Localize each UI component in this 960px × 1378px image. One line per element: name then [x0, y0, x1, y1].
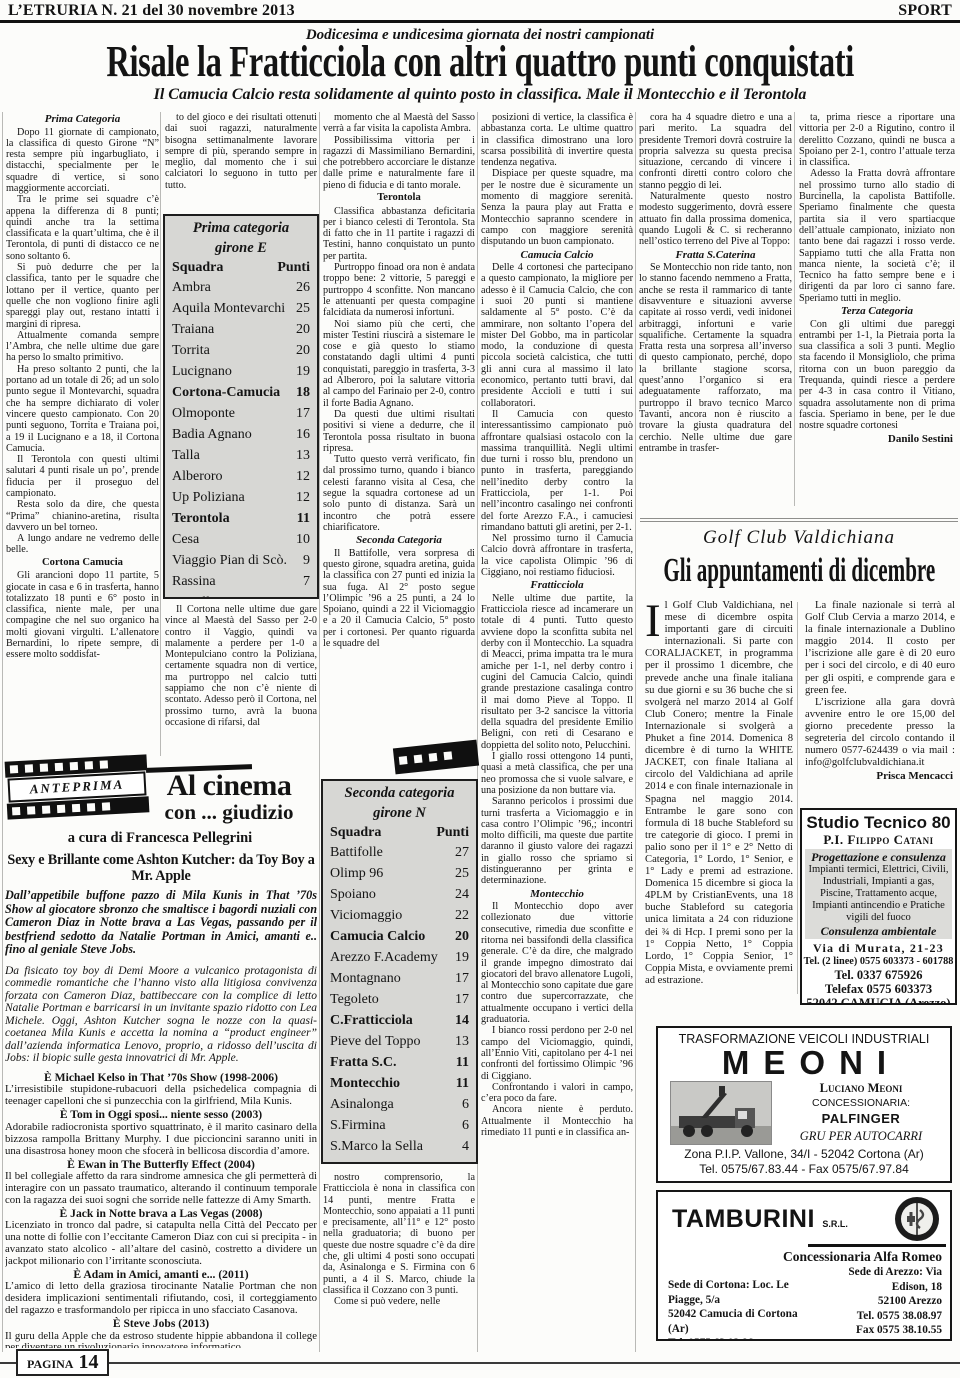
studio-ad-tel2: Tel. 0337 675926 — [802, 968, 955, 982]
team-name: Badia Agnano — [172, 424, 252, 445]
paragraph: Possibilissima vittoria per i ragazzi di… — [323, 135, 475, 191]
team-points: 19 — [455, 947, 469, 968]
meoni-owner: Luciano Meoni — [780, 1081, 942, 1096]
team-points: 26 — [296, 277, 310, 298]
article-column-4: posizioni di vertice, la classifica è ab… — [481, 112, 633, 1350]
team-points: 22 — [455, 905, 469, 926]
section-heading: Il bel collegiale affetto da rara sindro… — [5, 1171, 317, 1207]
paragraph: Noi siamo più che certi, che mister Test… — [323, 319, 475, 409]
team-name: Olimp 96 — [330, 863, 383, 884]
page-number: 14 — [78, 1352, 98, 1372]
golf-column-separator — [797, 602, 798, 994]
team-name: Ambra — [172, 277, 211, 298]
golf-column-right: La finale nazionale si terrà al Golf Clu… — [805, 600, 955, 800]
paragraph: Resta solo da dire, che questa “Prima” c… — [6, 499, 159, 533]
studio-ad-tel1: Tel. (2 linee) 0575 603373 - 601788 — [802, 955, 955, 968]
team-name: Spoiano — [330, 884, 376, 905]
paragraph: Dopo 11 giornate di campionato, la class… — [6, 127, 159, 195]
paragraph: Delle 4 cortonesi che partecipano a ques… — [481, 262, 633, 409]
paragraph: Naturalmente questo nostro modesto sugge… — [639, 191, 792, 247]
paragraph: I giallo rossi ottengono 14 punti, quasi… — [481, 751, 633, 796]
cinema-byline: a cura di Francesca Pellegrini — [0, 830, 320, 847]
team-name: Camucia Calcio — [330, 926, 425, 947]
column-separator — [794, 112, 795, 506]
standings-row: Traiana20 — [172, 319, 310, 340]
team-points: 12 — [296, 487, 310, 508]
team-points: 19 — [296, 361, 310, 382]
section-heading: È Michael Kelso in That ’70s Show (1998-… — [5, 1071, 317, 1085]
standings-row: Cozzano3 — [330, 1157, 469, 1164]
meoni-logo: MEONI — [658, 1046, 950, 1079]
text-line: Fax 0575 38.10.55 — [817, 1323, 942, 1338]
team-name: Talla — [172, 445, 200, 466]
standings-row: Badia Agnano16 — [172, 424, 310, 445]
team-name: Montagnano — [330, 968, 401, 989]
standings-row: Lucignano19 — [172, 361, 310, 382]
standings-row: S.Firmina6 — [330, 1115, 469, 1136]
paragraph: Gli arancioni dopo 11 partite, 5 giocate… — [6, 570, 159, 660]
deck: Il Camucia Calcio resta solidamente al q… — [0, 86, 960, 104]
team-points: 13 — [455, 1031, 469, 1052]
section-heading: È Ewan in The Butterfly Effect (2004) — [5, 1158, 317, 1172]
paragraph: A lungo andare ne vedremo delle belle. — [6, 533, 159, 556]
team-points: 7 — [303, 571, 310, 592]
team-name: Terontola — [172, 508, 230, 529]
cinema-body: Sexy e Brillante come Ashton Kutcher: da… — [5, 850, 317, 1348]
standings-row: Battifolle27 — [330, 842, 469, 863]
standings-row: Tegoleto17 — [330, 989, 469, 1010]
text-line: Tel. 0575 38.08.97 — [817, 1309, 942, 1324]
standings-row: Cortona-Camucia18 — [172, 382, 310, 403]
paragraph: La finale nazionale si terrà al Golf Clu… — [805, 600, 955, 697]
standings-row: S.Marco la Sella4 — [330, 1136, 469, 1157]
team-points: 20 — [296, 319, 310, 340]
column-header-squadra: Squadra — [330, 823, 381, 842]
signature: Danilo Sestini — [799, 432, 955, 445]
studio-tecnico-ad: Studio Tecnico 80 P.I. Filippo Catani Pr… — [800, 808, 957, 1005]
team-name: Viaggio Pian di Scò. — [172, 550, 287, 571]
golf-kicker: Golf Club Valdichiana — [640, 527, 958, 549]
team-points: 18 — [296, 382, 310, 403]
team-points: 12 — [296, 466, 310, 487]
golf-section-rule — [640, 521, 958, 522]
cinema-title-line2: con ... giudizio — [138, 801, 320, 824]
table-title: Prima categoria girone E — [172, 218, 310, 258]
standings-row: Ambra26 — [172, 277, 310, 298]
section-heading: Il Golf Club Valdichiana, nel mese di di… — [645, 600, 793, 987]
paragraph: Il Terontola con questi ultimi salutari … — [6, 454, 159, 499]
tamburini-dealer: Concessionaria Alfa Romeo — [658, 1249, 950, 1265]
paragraph: Il Battifolle, vera sorpresa di questo g… — [323, 548, 475, 650]
team-points: 27 — [455, 842, 469, 863]
paragraph: Tra le prime sei squadre c’è appena la d… — [6, 194, 159, 262]
column-header-squadra: Squadra — [172, 258, 223, 277]
team-name: Montecchio — [330, 1073, 400, 1094]
standings-table-prima-categoria: Prima categoria girone E Squadra Punti A… — [163, 214, 319, 599]
paragraph: posizioni di vertice, la classifica è ab… — [481, 112, 633, 168]
meoni-concess-brand: PALFINGER — [822, 1111, 901, 1126]
paragraph: to del gioco e dei risultati ottenuti da… — [165, 112, 317, 191]
section-heading: È Adam in Amici, amanti e... (2011) — [5, 1268, 317, 1282]
team-name: Arezzo F.Academy — [330, 947, 438, 968]
tamburini-cortona-address: Sede di Cortona: Loc. Le Piagge, 5/a5204… — [668, 1278, 817, 1341]
team-points: 17 — [455, 989, 469, 1010]
masthead-issue: L’ETRURIA N. 21 del 30 novembre 2013 — [8, 2, 295, 20]
team-name: Rassina — [172, 571, 216, 592]
team-points: 14 — [455, 1010, 469, 1031]
standings-row: Viciomaggio22 — [330, 905, 469, 926]
cinema-title-line1: Al cinema — [138, 770, 320, 801]
standings-row: Talla13 — [172, 445, 310, 466]
team-name: Fratta S.C. — [330, 1052, 397, 1073]
section-heading: È Jack in Notte brava a Las Vegas (2008) — [5, 1207, 317, 1221]
section-heading: L’irresistibile stupidone-rubacuori dell… — [5, 1084, 317, 1108]
paragraph: Nelle ultime due partite, la Fratticciol… — [481, 593, 633, 751]
paragraph: Da questi due ultimi risultati positivi … — [323, 409, 475, 454]
text-line: 52100 Arezzo — [817, 1294, 942, 1309]
cinema-title: Al cinema con ... giudizio — [138, 770, 320, 824]
standings-row: Olmoponte17 — [172, 403, 310, 424]
paragraph: I bianco rossi perdono per 2-0 nel campo… — [481, 1025, 633, 1081]
team-name: Aquila Montevarchi — [172, 298, 285, 319]
team-points: 13 — [296, 445, 310, 466]
table-rows: Battifolle27Olimp 9625Spoiano24Viciomagg… — [330, 842, 469, 1164]
studio-ad-city: 52042 CAMUCIA (Arezzo) — [802, 996, 955, 1005]
tamburini-logo: TAMBURINI S.R.L. — [672, 1205, 848, 1234]
studio-ad-services: Impianti termici, Elettrici, Civili, Ind… — [807, 864, 950, 924]
anteprima-logo: ANTEPRIMA — [5, 754, 150, 819]
text-line: Tel. 0575 63.02.86 — [668, 1336, 817, 1341]
standings-row: Up Poliziana12 — [172, 487, 310, 508]
tamburini-ad: TAMBURINI S.R.L. Concessionaria Alfa Rom… — [656, 1190, 952, 1341]
article-column-6: ta, prima riesce a riportare una vittori… — [799, 112, 955, 508]
article-column-3-top: momento che al Maestà del Sasso verrà a … — [323, 112, 475, 774]
studio-ad-services-box: Progettazione e consulenza Impianti term… — [805, 849, 952, 939]
signature: Prisca Mencacci — [805, 769, 955, 782]
team-points: 6 — [462, 1094, 469, 1115]
meoni-tagline: GRU PER AUTOCARRI — [780, 1128, 942, 1144]
section-heading: Il guru della Apple che da estroso stude… — [5, 1331, 317, 1348]
section-heading: Terontola — [323, 191, 475, 206]
team-points: 25 — [455, 863, 469, 884]
paragraph: Il Cortona nelle ultime due gare vince a… — [165, 604, 317, 728]
studio-ad-line2: Consulenza ambientale — [807, 924, 950, 938]
standings-row: Terontola11 — [172, 508, 310, 529]
team-points: 11 — [456, 1052, 469, 1073]
meoni-ad: TRASFORMAZIONE VEICOLI INDUSTRIALI MEONI… — [656, 1026, 952, 1183]
paragraph: cora ha 4 squadre dietro e una a pari me… — [639, 112, 792, 191]
paragraph: L’iscrizione alla gara dovrà avvenire en… — [805, 697, 955, 770]
team-name: Bettolle — [172, 592, 216, 599]
standings-row: Montecchio11 — [330, 1073, 469, 1094]
team-points: 11 — [456, 1073, 469, 1094]
standings-row: Spoiano24 — [330, 884, 469, 905]
text-line: Sede di Cortona: Loc. Le Piagge, 5/a — [668, 1278, 817, 1307]
column-separator — [635, 112, 636, 1352]
team-name: Up Poliziana — [172, 487, 245, 508]
team-points: 20 — [296, 340, 310, 361]
team-name: Torrita — [172, 340, 210, 361]
studio-ad-subtitle: P.I. Filippo Catani — [802, 832, 955, 847]
meoni-concess-label: CONCESSIONARIA: — [812, 1097, 910, 1109]
article-column-1: Prima CategoriaDopo 11 giornate di campi… — [6, 112, 159, 758]
paragraph: Nel prossimo turno il Camucia Calcio dov… — [481, 533, 633, 578]
table-header: Squadra Punti — [330, 823, 469, 842]
team-points: 11 — [297, 508, 310, 529]
section-heading: Cortona Camucia — [6, 556, 159, 571]
section-heading: Adorabile radiocronista sportivo squattr… — [5, 1122, 317, 1158]
article-column-3-bottom: nostro comprensorio, la Fratticciola è n… — [323, 1172, 475, 1348]
team-points: 17 — [296, 403, 310, 424]
standings-row: Cesa10 — [172, 529, 310, 550]
footer-rule — [0, 1362, 960, 1364]
section-heading: L’amico di letto della graziosa tirocina… — [5, 1281, 317, 1317]
section-heading: Fratticciola — [481, 578, 633, 593]
article-column-2-top: to del gioco e dei risultati ottenuti da… — [165, 112, 317, 212]
team-name: S.Firmina — [330, 1115, 386, 1136]
section-heading: Terza Categoria — [799, 304, 955, 319]
team-points: 4 — [303, 592, 310, 599]
team-name: Cozzano — [330, 1157, 379, 1164]
tamburini-logo-text: TAMBURINI — [672, 1205, 815, 1233]
standings-row: Aquila Montevarchi25 — [172, 298, 310, 319]
golf-headline-text: Gli appuntamenti di dicembre — [663, 552, 935, 590]
team-points: 9 — [303, 550, 310, 571]
standings-row: Torrita20 — [172, 340, 310, 361]
team-name: S.Marco la Sella — [330, 1136, 423, 1157]
paragraph: Dispiace per queste squadre, ma per le n… — [481, 168, 633, 247]
studio-ad-address: Via di Murata, 21-23 — [802, 941, 955, 955]
text-line: Sede di Arezzo: Via Edison, 18 — [817, 1265, 942, 1294]
standings-table-seconda-categoria: Seconda categoria girone N Squadra Punti… — [321, 779, 478, 1164]
paragraph: Purtroppo finoad ora non è andata troppo… — [323, 262, 475, 318]
team-points: 17 — [455, 968, 469, 989]
paragraph: Saranno pericolos i prossimi due turni t… — [481, 796, 633, 886]
golf-headline: Gli appuntamenti di dicembre — [640, 548, 958, 594]
section-heading: Prima Categoria — [6, 112, 159, 127]
team-points: 20 — [455, 926, 469, 947]
tamburini-arezzo-address: Sede di Arezzo: Via Edison, 1852100 Arez… — [817, 1265, 942, 1341]
column-header-punti: Punti — [277, 258, 310, 277]
standings-row: Pieve del Toppo13 — [330, 1031, 469, 1052]
page-left-rule — [2, 112, 3, 1352]
table-header: Squadra Punti — [172, 258, 310, 277]
paragraph: Se Montecchio non ride tanto, non lo sta… — [639, 262, 792, 454]
meoni-phone: Tel. 0575/67.83.44 - Fax 0575/67.97.84 — [658, 1162, 950, 1177]
main-headline-text: Risale la Fratticciola con altri quattro… — [106, 36, 854, 87]
article-column-2-bottom: Il Cortona nelle ultime due gare vince a… — [165, 604, 317, 756]
team-points: 10 — [296, 529, 310, 550]
team-points: 24 — [455, 884, 469, 905]
team-points: 25 — [296, 298, 310, 319]
text-line: e-mail: tamburini@technet.it — [817, 1338, 942, 1342]
paragraph: Tutto questo verrà verificato, fin dal p… — [323, 454, 475, 533]
paragraph: Il Camucia con questo interessantissimo … — [481, 409, 633, 533]
studio-ad-fax: Telefax 0575 603373 — [802, 982, 955, 996]
column-separator — [160, 112, 161, 756]
text-line: 52042 Camucia di Cortona (Ar) — [668, 1307, 817, 1336]
truck-crane-photo — [670, 1081, 772, 1145]
page-number-box: PAGINA 14 — [16, 1349, 109, 1376]
newspaper-page: L’ETRURIA N. 21 del 30 novembre 2013 SPO… — [0, 0, 960, 1378]
team-name: Battifolle — [330, 842, 383, 863]
paragraph: Confrontando i valori in campo, c’era po… — [481, 1082, 633, 1105]
team-points: 6 — [462, 1115, 469, 1136]
section-heading: Dall’appetibile buffone pazzo di Mila Ku… — [5, 889, 317, 957]
masthead-section: SPORT — [898, 2, 952, 20]
studio-ad-line1: Progettazione e consulenza — [807, 850, 950, 864]
studio-ad-title: Studio Tecnico 80 — [802, 813, 955, 832]
paragraph: Ancora niente è perduto. Attualmente il … — [481, 1104, 633, 1138]
golf-section-rule — [640, 518, 958, 519]
column-header-punti: Punti — [436, 823, 469, 842]
column-separator — [477, 112, 478, 1352]
team-name: Olmoponte — [172, 403, 235, 424]
meoni-concessionaria: CONCESSIONARIA: PALFINGER — [780, 1096, 942, 1128]
article-column-5: cora ha 4 squadre dietro e una a pari me… — [639, 112, 792, 510]
team-name: Alberoro — [172, 466, 223, 487]
paragraph: Adesso la Fratta dovrà affrontare nel pr… — [799, 168, 955, 304]
golf-column-left: Il Golf Club Valdichiana, nel mese di di… — [645, 600, 793, 996]
tamburini-rule — [808, 1244, 946, 1247]
team-name: Traiana — [172, 319, 214, 340]
team-name: Asinalonga — [330, 1094, 394, 1115]
paragraph: Attualmente comanda sempre l’Ambra, che … — [6, 330, 159, 364]
paragraph: Si può dedurre che per la classifica, ta… — [6, 262, 159, 330]
tamburini-logo-suffix: S.R.L. — [822, 1219, 848, 1229]
standings-row: Camucia Calcio20 — [330, 926, 469, 947]
standings-row: Montagnano17 — [330, 968, 469, 989]
team-name: Cortona-Camucia — [172, 382, 280, 403]
team-points: 16 — [296, 424, 310, 445]
paragraph: ta, prima riesce a riportare una vittori… — [799, 112, 955, 168]
team-name: C.Fratticciola — [330, 1010, 413, 1031]
paragraph: momento che al Maestà del Sasso verrà a … — [323, 112, 475, 135]
section-heading: È Steve Jobs (2013) — [5, 1317, 317, 1331]
page-label: PAGINA — [27, 1357, 73, 1372]
paragraph: Con gli ultimi due pareggi entrambi per … — [799, 319, 955, 432]
paragraph: Come si può vedere, nelle — [323, 1296, 475, 1307]
section-heading: Montecchio — [481, 887, 633, 902]
standings-row: C.Fratticciola14 — [330, 1010, 469, 1031]
standings-row: Bettolle4 — [172, 592, 310, 599]
section-heading: Licenziato in tronco dal padre, si catap… — [5, 1220, 317, 1268]
table-rows: Ambra26Aquila Montevarchi25Traiana20Torr… — [172, 277, 310, 599]
column-separator — [319, 112, 320, 1352]
section-heading: Sexy e Brillante come Ashton Kutcher: da… — [5, 852, 317, 884]
standings-row: Asinalonga6 — [330, 1094, 469, 1115]
standings-row: Arezzo F.Academy19 — [330, 947, 469, 968]
paragraph: Ha preso soltanto 2 punti, che la portan… — [6, 364, 159, 454]
meoni-address: Zona P.I.P. Vallone, 34/I - 52042 Corton… — [658, 1147, 950, 1162]
alfa-romeo-logo-icon — [894, 1196, 940, 1242]
section-heading: Camucia Calcio — [481, 248, 633, 263]
section-heading: Seconda Categoria — [323, 533, 475, 548]
standings-row: Rassina7 — [172, 571, 310, 592]
standings-row: Viaggio Pian di Scò.9 — [172, 550, 310, 571]
team-name: Lucignano — [172, 361, 232, 382]
team-name: Viciomaggio — [330, 905, 402, 926]
team-points: 3 — [462, 1157, 469, 1164]
standings-row: Fratta S.C.11 — [330, 1052, 469, 1073]
section-heading: Da fisicato toy boy di Demi Moore a vulc… — [5, 965, 317, 1065]
standings-row: Alberoro12 — [172, 466, 310, 487]
table-title: Seconda categoria girone N — [330, 783, 469, 823]
masthead-rule — [0, 20, 960, 23]
team-name: Tegoleto — [330, 989, 379, 1010]
section-heading: È Tom in Oggi sposi... niente sesso (200… — [5, 1108, 317, 1122]
team-name: Cesa — [172, 529, 199, 550]
main-headline: Risale la Fratticciola con altri quattro… — [0, 36, 960, 86]
paragraph: Classifica abbastanza deficitaria per i … — [323, 206, 475, 262]
standings-row: Olimp 9625 — [330, 863, 469, 884]
paragraph: nostro comprensorio, la Fratticciola è n… — [323, 1172, 475, 1296]
team-name: Pieve del Toppo — [330, 1031, 421, 1052]
team-points: 4 — [462, 1136, 469, 1157]
paragraph: Il Montecchio dopo aver collezionato due… — [481, 901, 633, 1025]
section-heading: Fratta S.Caterina — [639, 248, 792, 263]
